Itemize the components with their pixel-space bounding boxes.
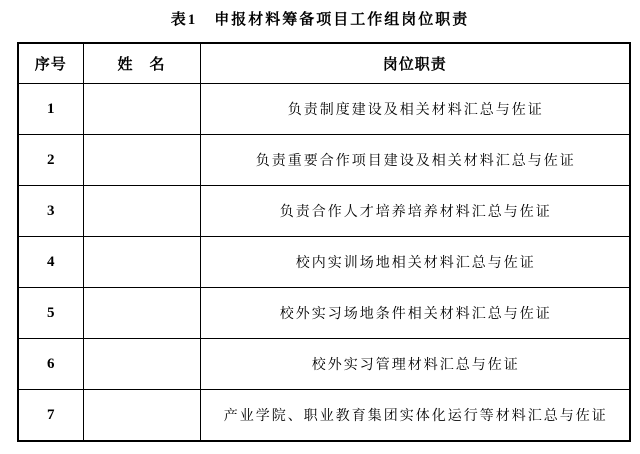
name-cell xyxy=(83,390,200,442)
row-number: 6 xyxy=(18,339,83,390)
table-row: 1 负责制度建设及相关材料汇总与佐证 xyxy=(18,84,630,135)
duty-cell: 负责制度建设及相关材料汇总与佐证 xyxy=(200,84,630,135)
name-cell xyxy=(83,339,200,390)
name-cell xyxy=(83,186,200,237)
table-caption: 表1 申报材料筹备项目工作组岗位职责 xyxy=(0,8,640,29)
row-number: 5 xyxy=(18,288,83,339)
duty-cell: 产业学院、职业教育集团实体化运行等材料汇总与佐证 xyxy=(200,390,630,442)
table-row: 7 产业学院、职业教育集团实体化运行等材料汇总与佐证 xyxy=(18,390,630,442)
name-cell xyxy=(83,84,200,135)
header-cell-duty: 岗位职责 xyxy=(200,43,630,84)
row-number: 1 xyxy=(18,84,83,135)
table-row: 3 负责合作人才培养培养材料汇总与佐证 xyxy=(18,186,630,237)
duty-cell: 负责重要合作项目建设及相关材料汇总与佐证 xyxy=(200,135,630,186)
row-number: 2 xyxy=(18,135,83,186)
duty-table: 序号 姓 名 岗位职责 1 负责制度建设及相关材料汇总与佐证 2 负责重要合作项… xyxy=(17,42,631,442)
duty-cell: 校内实训场地相关材料汇总与佐证 xyxy=(200,237,630,288)
name-cell xyxy=(83,237,200,288)
table-row: 5 校外实习场地条件相关材料汇总与佐证 xyxy=(18,288,630,339)
name-cell xyxy=(83,288,200,339)
name-cell xyxy=(83,135,200,186)
duty-cell: 校外实习管理材料汇总与佐证 xyxy=(200,339,630,390)
duty-cell: 校外实习场地条件相关材料汇总与佐证 xyxy=(200,288,630,339)
table-header-row: 序号 姓 名 岗位职责 xyxy=(18,43,630,84)
table-row: 4 校内实训场地相关材料汇总与佐证 xyxy=(18,237,630,288)
header-cell-name: 姓 名 xyxy=(83,43,200,84)
duty-cell: 负责合作人才培养培养材料汇总与佐证 xyxy=(200,186,630,237)
document-page: 表1 申报材料筹备项目工作组岗位职责 序号 姓 名 岗位职责 1 负责制度建设及… xyxy=(0,0,640,454)
table-row: 2 负责重要合作项目建设及相关材料汇总与佐证 xyxy=(18,135,630,186)
header-cell-no: 序号 xyxy=(18,43,83,84)
row-number: 3 xyxy=(18,186,83,237)
row-number: 4 xyxy=(18,237,83,288)
table-row: 6 校外实习管理材料汇总与佐证 xyxy=(18,339,630,390)
row-number: 7 xyxy=(18,390,83,442)
